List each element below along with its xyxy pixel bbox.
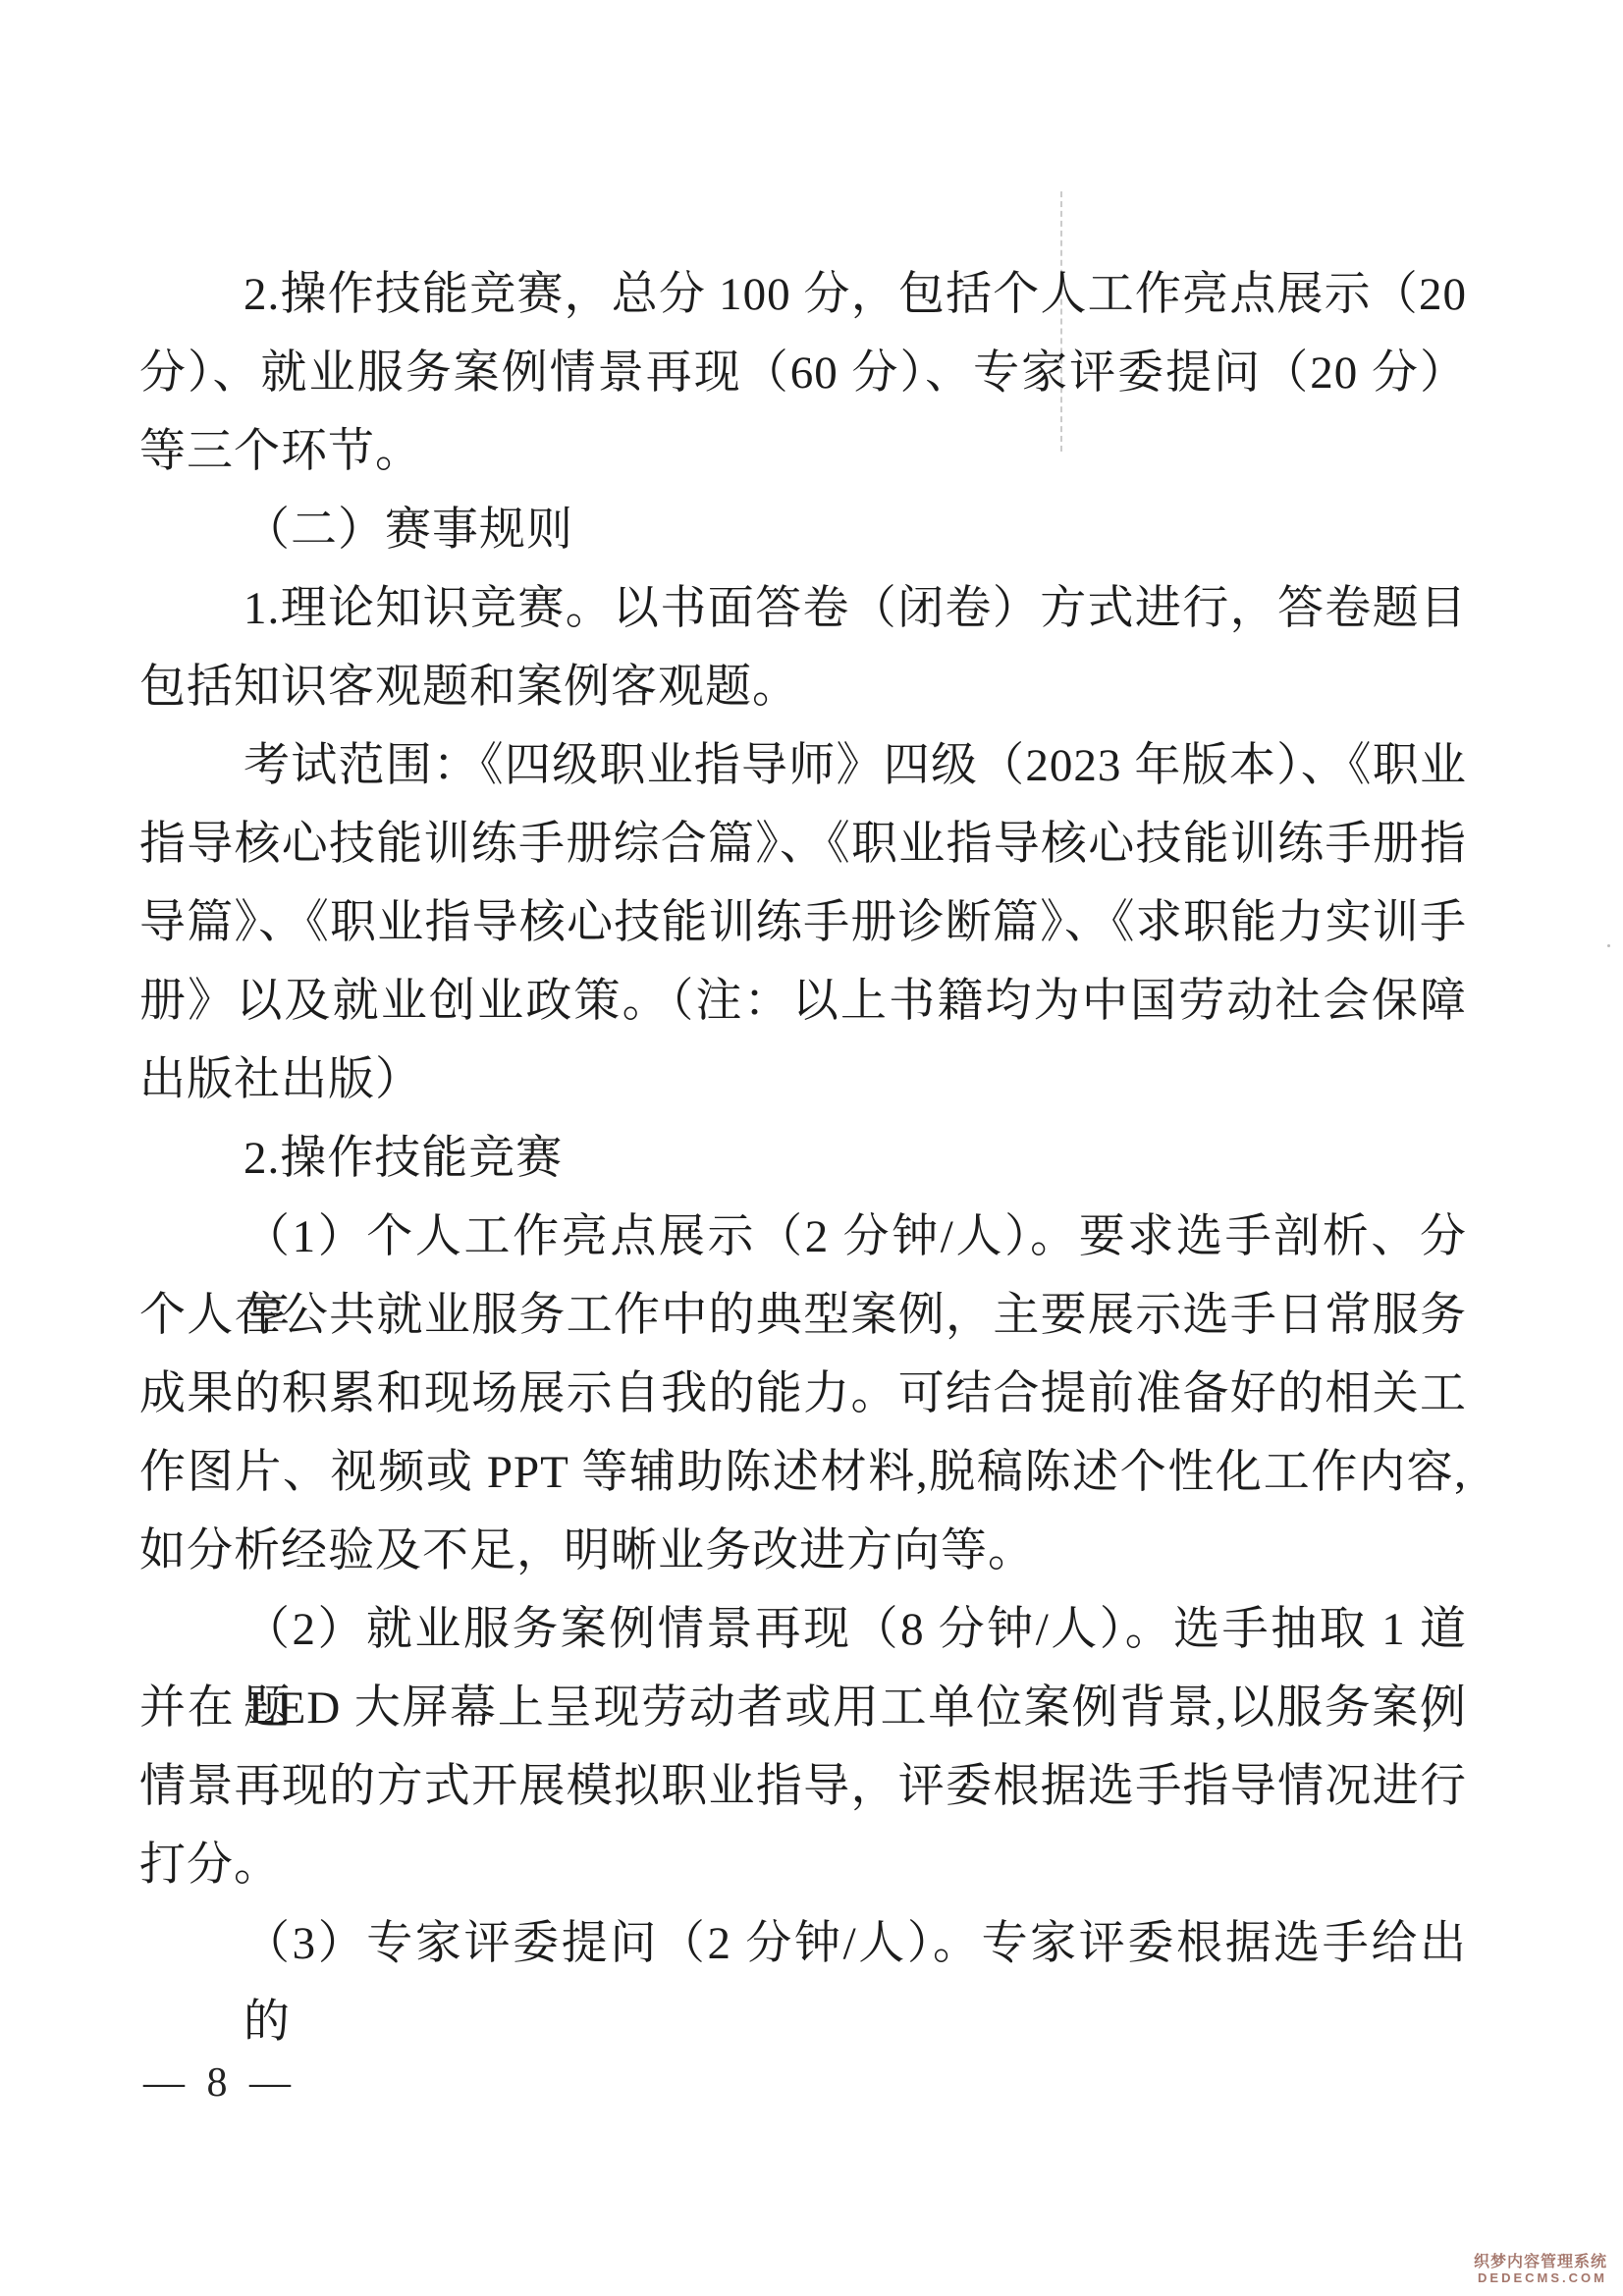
text-line: 如分析经验及不足，明晰业务改进方向等。 bbox=[139, 1512, 1467, 1590]
text-line: 指导核心技能训练手册综合篇》、《职业指导核心技能训练手册指 bbox=[139, 805, 1467, 883]
scan-artifact-dot bbox=[1607, 944, 1610, 947]
text-line: 册》以及就业创业政策。（注：以上书籍均为中国劳动社会保障 bbox=[139, 962, 1467, 1041]
text-line: 考试范围：《四级职业指导师》四级（2023 年版本）、《职业 bbox=[139, 726, 1467, 805]
text-line: （1）个人工作亮点展示（2 分钟/人）。要求选手剖析、分享 bbox=[139, 1198, 1467, 1276]
text-line: 成果的积累和现场展示自我的能力。可结合提前准备好的相关工 bbox=[139, 1355, 1467, 1433]
watermark: 织梦内容管理系统 DEDECMS.COM bbox=[1474, 2254, 1607, 2286]
text-line: 2.操作技能竞赛，总分 100 分，包括个人工作亮点展示（20 bbox=[139, 255, 1467, 334]
text-line: （3）专家评委提问（2 分钟/人）。专家评委根据选手给出的 bbox=[139, 1904, 1467, 1983]
page-number: — 8 — bbox=[143, 2059, 297, 2107]
text-line: 作图片、视频或 PPT 等辅助陈述材料,脱稿陈述个性化工作内容, bbox=[139, 1433, 1467, 1512]
text-line: 2.操作技能竞赛 bbox=[139, 1119, 1467, 1198]
text-line: （二）赛事规则 bbox=[139, 491, 1467, 569]
text-line: 打分。 bbox=[139, 1826, 1467, 1904]
text-line: 等三个环节。 bbox=[139, 412, 1467, 491]
text-block: 2.操作技能竞赛，总分 100 分，包括个人工作亮点展示（20分）、就业服务案例… bbox=[139, 255, 1467, 1983]
text-line: 并在 LED 大屏幕上呈现劳动者或用工单位案例背景,以服务案例 bbox=[139, 1669, 1467, 1747]
text-line: 出版社出版） bbox=[139, 1041, 1467, 1119]
text-line: 导篇》、《职业指导核心技能训练手册诊断篇》、《求职能力实训手 bbox=[139, 883, 1467, 962]
document-page: 2.操作技能竞赛，总分 100 分，包括个人工作亮点展示（20分）、就业服务案例… bbox=[0, 0, 1623, 2296]
watermark-english-text: DEDECMS.COM bbox=[1474, 2271, 1607, 2286]
text-line: 情景再现的方式开展模拟职业指导，评委根据选手指导情况进行 bbox=[139, 1747, 1467, 1826]
text-line: 分）、就业服务案例情景再现（60 分）、专家评委提问（20 分） bbox=[139, 334, 1467, 412]
watermark-chinese-text: 织梦内容管理系统 bbox=[1474, 2254, 1607, 2271]
text-line: 包括知识客观题和案例客观题。 bbox=[139, 648, 1467, 726]
text-line: 1.理论知识竞赛。以书面答卷（闭卷）方式进行，答卷题目 bbox=[139, 569, 1467, 648]
text-line: 个人在公共就业服务工作中的典型案例，主要展示选手日常服务 bbox=[139, 1276, 1467, 1355]
text-line: （2）就业服务案例情景再现（8 分钟/人）。选手抽取 1 道题， bbox=[139, 1590, 1467, 1669]
